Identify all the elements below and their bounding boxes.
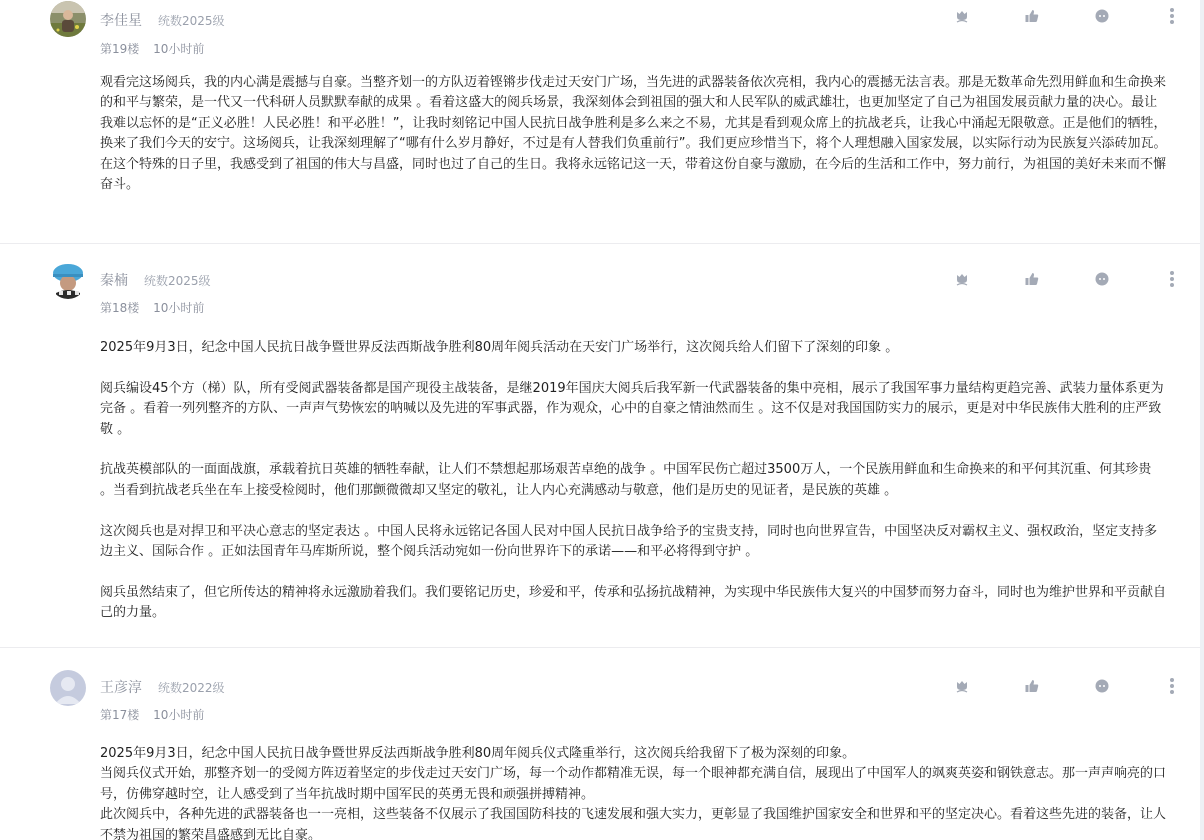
- class-tag: 统数2022级: [158, 679, 225, 696]
- comment-bubble-icon: [1095, 272, 1109, 286]
- thumbs-up-icon: [1025, 679, 1039, 693]
- like-button[interactable]: [1020, 6, 1044, 26]
- comment-paragraph: 抗战英模部队的一面面战旗，承载着抗日英雄的牺牲奉献，让人们不禁想起那场艰苦卓绝的…: [100, 460, 1168, 501]
- like-button[interactable]: [1020, 269, 1044, 289]
- comment-actions: [950, 269, 1184, 289]
- username[interactable]: 李佳星: [100, 10, 142, 30]
- more-vertical-icon: [1169, 270, 1175, 288]
- paragraph-gap: [100, 501, 1168, 521]
- timestamp: 10小时前: [153, 301, 204, 315]
- comment-paragraph: 在这个特殊的日子里，我感受到了祖国的伟大与昌盛，同时也过了自己的生日。我将永远铭…: [100, 155, 1168, 196]
- default-avatar-icon: [50, 670, 86, 706]
- avatar[interactable]: [50, 1, 86, 37]
- comment-item: 李佳星 统数2025级 第19楼 10小时前 观看完这场阅兵，我的内心满是震撼与…: [0, 0, 1200, 244]
- username[interactable]: 王彦淳: [100, 677, 142, 697]
- more-vertical-icon: [1169, 677, 1175, 695]
- flower-icon: [955, 679, 969, 693]
- class-tag: 统数2025级: [158, 12, 225, 29]
- comment-item: 王彦淳 统数2022级 第17楼 10小时前 2025年9月3日，纪念中国人民抗…: [0, 648, 1200, 840]
- comment-meta: 第17楼 10小时前: [100, 706, 214, 723]
- comment-paragraph: 这次阅兵也是对捍卫和平决心意志的坚定表达 。中国人民将永远铭记各国人民对中国人民…: [100, 522, 1168, 563]
- comment-paragraph: 2025年9月3日，纪念中国人民抗日战争暨世界反法西斯战争胜利80周年阅兵活动在…: [100, 338, 1168, 358]
- reply-button[interactable]: [1090, 269, 1114, 289]
- comment-paragraph: 当阅兵仪式开始，那整齐划一的受阅方阵迈着坚定的步伐走过天安门广场，每一个动作都精…: [100, 764, 1168, 805]
- avatar[interactable]: [50, 670, 86, 706]
- more-button[interactable]: [1160, 6, 1184, 26]
- floor-number: 第19楼: [100, 42, 139, 56]
- flower-icon: [955, 9, 969, 23]
- comment-paragraph: 此次阅兵中，各种先进的武器装备也一一亮相，这些装备不仅展示了我国国防科技的飞速发…: [100, 805, 1168, 840]
- comment-bubble-icon: [1095, 9, 1109, 23]
- comment-paragraph: 观看完这场阅兵，我的内心满是震撼与自豪。当整齐划一的方队迈着铿锵步伐走过天安门广…: [100, 73, 1168, 155]
- comment-actions: [950, 6, 1184, 26]
- comment-body: 2025年9月3日，纪念中国人民抗日战争暨世界反法西斯战争胜利80周年阅兵仪式隆…: [100, 744, 1168, 840]
- like-button[interactable]: [1020, 676, 1044, 696]
- comment-item: 秦楠 统数2025级 第18楼 10小时前 2025年9月3日，纪念中国人民抗日…: [0, 244, 1200, 648]
- more-button[interactable]: [1160, 676, 1184, 696]
- comment-feed: 李佳星 统数2025级 第19楼 10小时前 观看完这场阅兵，我的内心满是震撼与…: [0, 0, 1200, 840]
- reply-button[interactable]: [1090, 676, 1114, 696]
- timestamp: 10小时前: [153, 708, 204, 722]
- comment-body: 2025年9月3日，纪念中国人民抗日战争暨世界反法西斯战争胜利80周年阅兵活动在…: [100, 338, 1168, 624]
- comment-body: 观看完这场阅兵，我的内心满是震撼与自豪。当整齐划一的方队迈着铿锵步伐走过天安门广…: [100, 73, 1168, 195]
- scrollbar[interactable]: [1200, 0, 1204, 840]
- comment-paragraph: 2025年9月3日，纪念中国人民抗日战争暨世界反法西斯战争胜利80周年阅兵仪式隆…: [100, 744, 1168, 764]
- floor-number: 第17楼: [100, 708, 139, 722]
- timestamp: 10小时前: [153, 42, 204, 56]
- paragraph-gap: [100, 440, 1168, 460]
- avatar[interactable]: [50, 263, 86, 299]
- class-tag: 统数2025级: [144, 272, 211, 289]
- reply-button[interactable]: [1090, 6, 1114, 26]
- more-button[interactable]: [1160, 269, 1184, 289]
- paragraph-gap: [100, 562, 1168, 582]
- comment-meta: 第18楼 10小时前: [100, 299, 214, 316]
- comment-bubble-icon: [1095, 679, 1109, 693]
- username[interactable]: 秦楠: [100, 270, 128, 290]
- paragraph-gap: [100, 358, 1168, 378]
- comment-paragraph: 阅兵编设45个方（梯）队，所有受阅武器装备都是国产现役主战装备，是继2019年国…: [100, 379, 1168, 440]
- floor-number: 第18楼: [100, 301, 139, 315]
- thumbs-up-icon: [1025, 272, 1039, 286]
- comment-actions: [950, 676, 1184, 696]
- collect-button[interactable]: [950, 6, 974, 26]
- flower-icon: [955, 272, 969, 286]
- thumbs-up-icon: [1025, 9, 1039, 23]
- comment-meta: 第19楼 10小时前: [100, 40, 214, 57]
- collect-button[interactable]: [950, 676, 974, 696]
- collect-button[interactable]: [950, 269, 974, 289]
- more-vertical-icon: [1169, 7, 1175, 25]
- comment-paragraph: 阅兵虽然结束了，但它所传达的精神将永远激励着我们。我们要铭记历史，珍爱和平，传承…: [100, 583, 1168, 624]
